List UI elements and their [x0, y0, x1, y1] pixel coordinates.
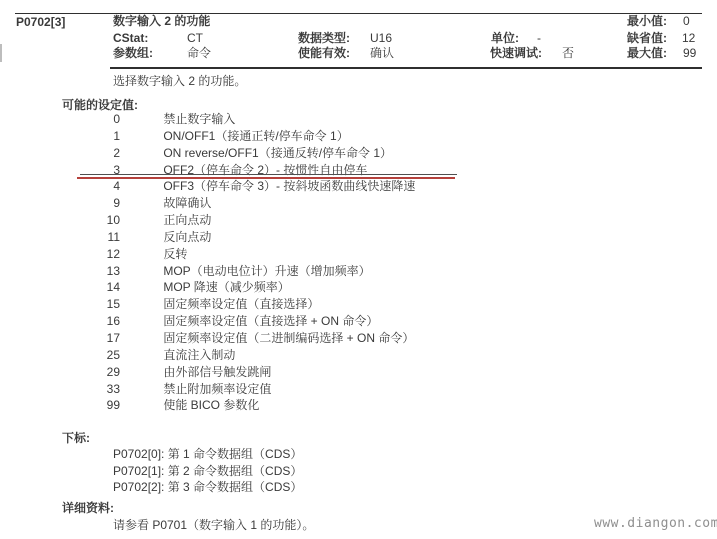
setting-row: 14 MOP 降速（减少频率） — [0, 279, 717, 296]
setting-row: 15 固定频率设定值（直接选择） — [0, 296, 717, 313]
setting-row: 16 固定频率设定值（直接选择 + ON 命令） — [0, 313, 717, 330]
max-value: 99 — [683, 47, 696, 60]
param-description: 选择数字输入 2 的功能。 — [113, 75, 246, 88]
param-id: P0702[3] — [16, 16, 65, 29]
setting-row: 99 使能 BICO 参数化 — [0, 397, 717, 414]
setting-row: 13 MOP（电动电位计）升速（增加频率） — [0, 263, 717, 280]
setting-value: 99 — [0, 397, 120, 414]
setting-value: 1 — [0, 128, 120, 145]
subscripts-heading: 下标: — [62, 432, 90, 445]
details-heading: 详细资料: — [62, 502, 114, 515]
setting-label: 固定频率设定值（直接选择） — [163, 296, 319, 313]
value-3-underline — [80, 174, 457, 176]
setting-label: 由外部信号触发跳闸 — [163, 364, 271, 381]
group-label: 参数组: — [113, 47, 153, 60]
subscript-row: P0702[0]: 第 1 命令数据组（CDS） — [113, 446, 302, 463]
setting-row: 12 反转 — [0, 246, 717, 263]
scan-artifact — [0, 44, 2, 62]
quickcomm-label: 快速调试: — [490, 47, 542, 60]
header-bottom-rule — [110, 67, 702, 70]
subscript-row: P0702[1]: 第 2 命令数据组（CDS） — [113, 463, 302, 480]
setting-value: 25 — [0, 347, 120, 364]
unit-value: - — [537, 32, 541, 45]
document-page: P0702[3] 数字输入 2 的功能 最小值: 0 CStat: CT 数据类… — [0, 0, 717, 539]
max-label: 最大值: — [627, 47, 667, 60]
setting-row: 11 反向点动 — [0, 229, 717, 246]
subscript-row: P0702[2]: 第 3 命令数据组（CDS） — [113, 479, 302, 496]
setting-value: 29 — [0, 364, 120, 381]
setting-label: 反转 — [163, 246, 187, 263]
setting-value: 2 — [0, 145, 120, 162]
setting-label: 固定频率设定值（二进制编码选择 + ON 命令） — [163, 330, 414, 347]
default-value: 12 — [682, 32, 695, 45]
setting-value: 15 — [0, 296, 120, 313]
setting-row: 29 由外部信号触发跳闸 — [0, 364, 717, 381]
default-label: 缺省值: — [627, 32, 667, 45]
setting-label: 禁止附加频率设定值 — [163, 381, 271, 398]
cstat-label: CStat: — [113, 32, 148, 45]
setting-label: 正向点动 — [163, 212, 211, 229]
setting-label: OFF2（停车命令 2）- 按惯性自由停车 — [163, 162, 367, 179]
setting-value: 12 — [0, 246, 120, 263]
setting-value: 17 — [0, 330, 120, 347]
datatype-label: 数据类型: — [298, 32, 350, 45]
setting-value: 16 — [0, 313, 120, 330]
setting-row: 17 固定频率设定值（二进制编码选择 + ON 命令） — [0, 330, 717, 347]
min-label: 最小值: — [627, 15, 667, 28]
red-annotation-line — [77, 177, 455, 179]
setting-value: 11 — [0, 229, 120, 246]
setting-row: 1 ON/OFF1（接通正转/停车命令 1） — [0, 128, 717, 145]
setting-row: 3 OFF2（停车命令 2）- 按惯性自由停车 — [0, 162, 717, 179]
setting-label: 故障确认 — [163, 195, 211, 212]
min-value: 0 — [683, 15, 690, 28]
setting-value: 33 — [0, 381, 120, 398]
setting-value: 10 — [0, 212, 120, 229]
setting-label: 反向点动 — [163, 229, 211, 246]
quickcomm-value: 否 — [562, 47, 574, 60]
cstat-value: CT — [187, 32, 203, 45]
setting-value: 3 — [0, 162, 120, 179]
setting-row: 9 故障确认 — [0, 195, 717, 212]
setting-label: 使能 BICO 参数化 — [163, 397, 259, 414]
setting-row: 33 禁止附加频率设定值 — [0, 381, 717, 398]
setting-label: ON/OFF1（接通正转/停车命令 1） — [163, 128, 348, 145]
param-title: 数字输入 2 的功能 — [113, 15, 210, 28]
setting-label: 直流注入制动 — [163, 347, 235, 364]
setting-row: 0 禁止数字输入 — [0, 111, 717, 128]
details-text: 请参看 P0701（数字输入 1 的功能）。 — [113, 519, 314, 532]
setting-value: 13 — [0, 263, 120, 280]
active-label: 使能有效: — [298, 47, 350, 60]
group-value: 命令 — [187, 47, 211, 60]
setting-value: 9 — [0, 195, 120, 212]
watermark-url: www.diangon.com — [594, 516, 717, 531]
setting-label: MOP（电动电位计）升速（增加频率） — [163, 263, 370, 280]
setting-label: OFF3（停车命令 3）- 按斜坡函数曲线快速降速 — [163, 178, 415, 195]
active-value: 确认 — [370, 47, 394, 60]
datatype-value: U16 — [370, 32, 392, 45]
setting-row: 10 正向点动 — [0, 212, 717, 229]
setting-value: 4 — [0, 178, 120, 195]
setting-row: 25 直流注入制动 — [0, 347, 717, 364]
setting-label: ON reverse/OFF1（接通反转/停车命令 1） — [163, 145, 392, 162]
setting-label: 禁止数字输入 — [163, 111, 235, 128]
setting-row: 4 OFF3（停车命令 3）- 按斜坡函数曲线快速降速 — [0, 178, 717, 195]
setting-value: 0 — [0, 111, 120, 128]
unit-label: 单位: — [491, 32, 519, 45]
setting-value: 14 — [0, 279, 120, 296]
setting-label: 固定频率设定值（直接选择 + ON 命令） — [163, 313, 378, 330]
setting-row: 2 ON reverse/OFF1（接通反转/停车命令 1） — [0, 145, 717, 162]
setting-label: MOP 降速（减少频率） — [163, 279, 289, 296]
subscript-list: P0702[0]: 第 1 命令数据组（CDS）P0702[1]: 第 2 命令… — [113, 446, 302, 496]
settings-list: 0 禁止数字输入 1 ON/OFF1（接通正转/停车命令 1） 2 ON rev… — [0, 111, 717, 414]
